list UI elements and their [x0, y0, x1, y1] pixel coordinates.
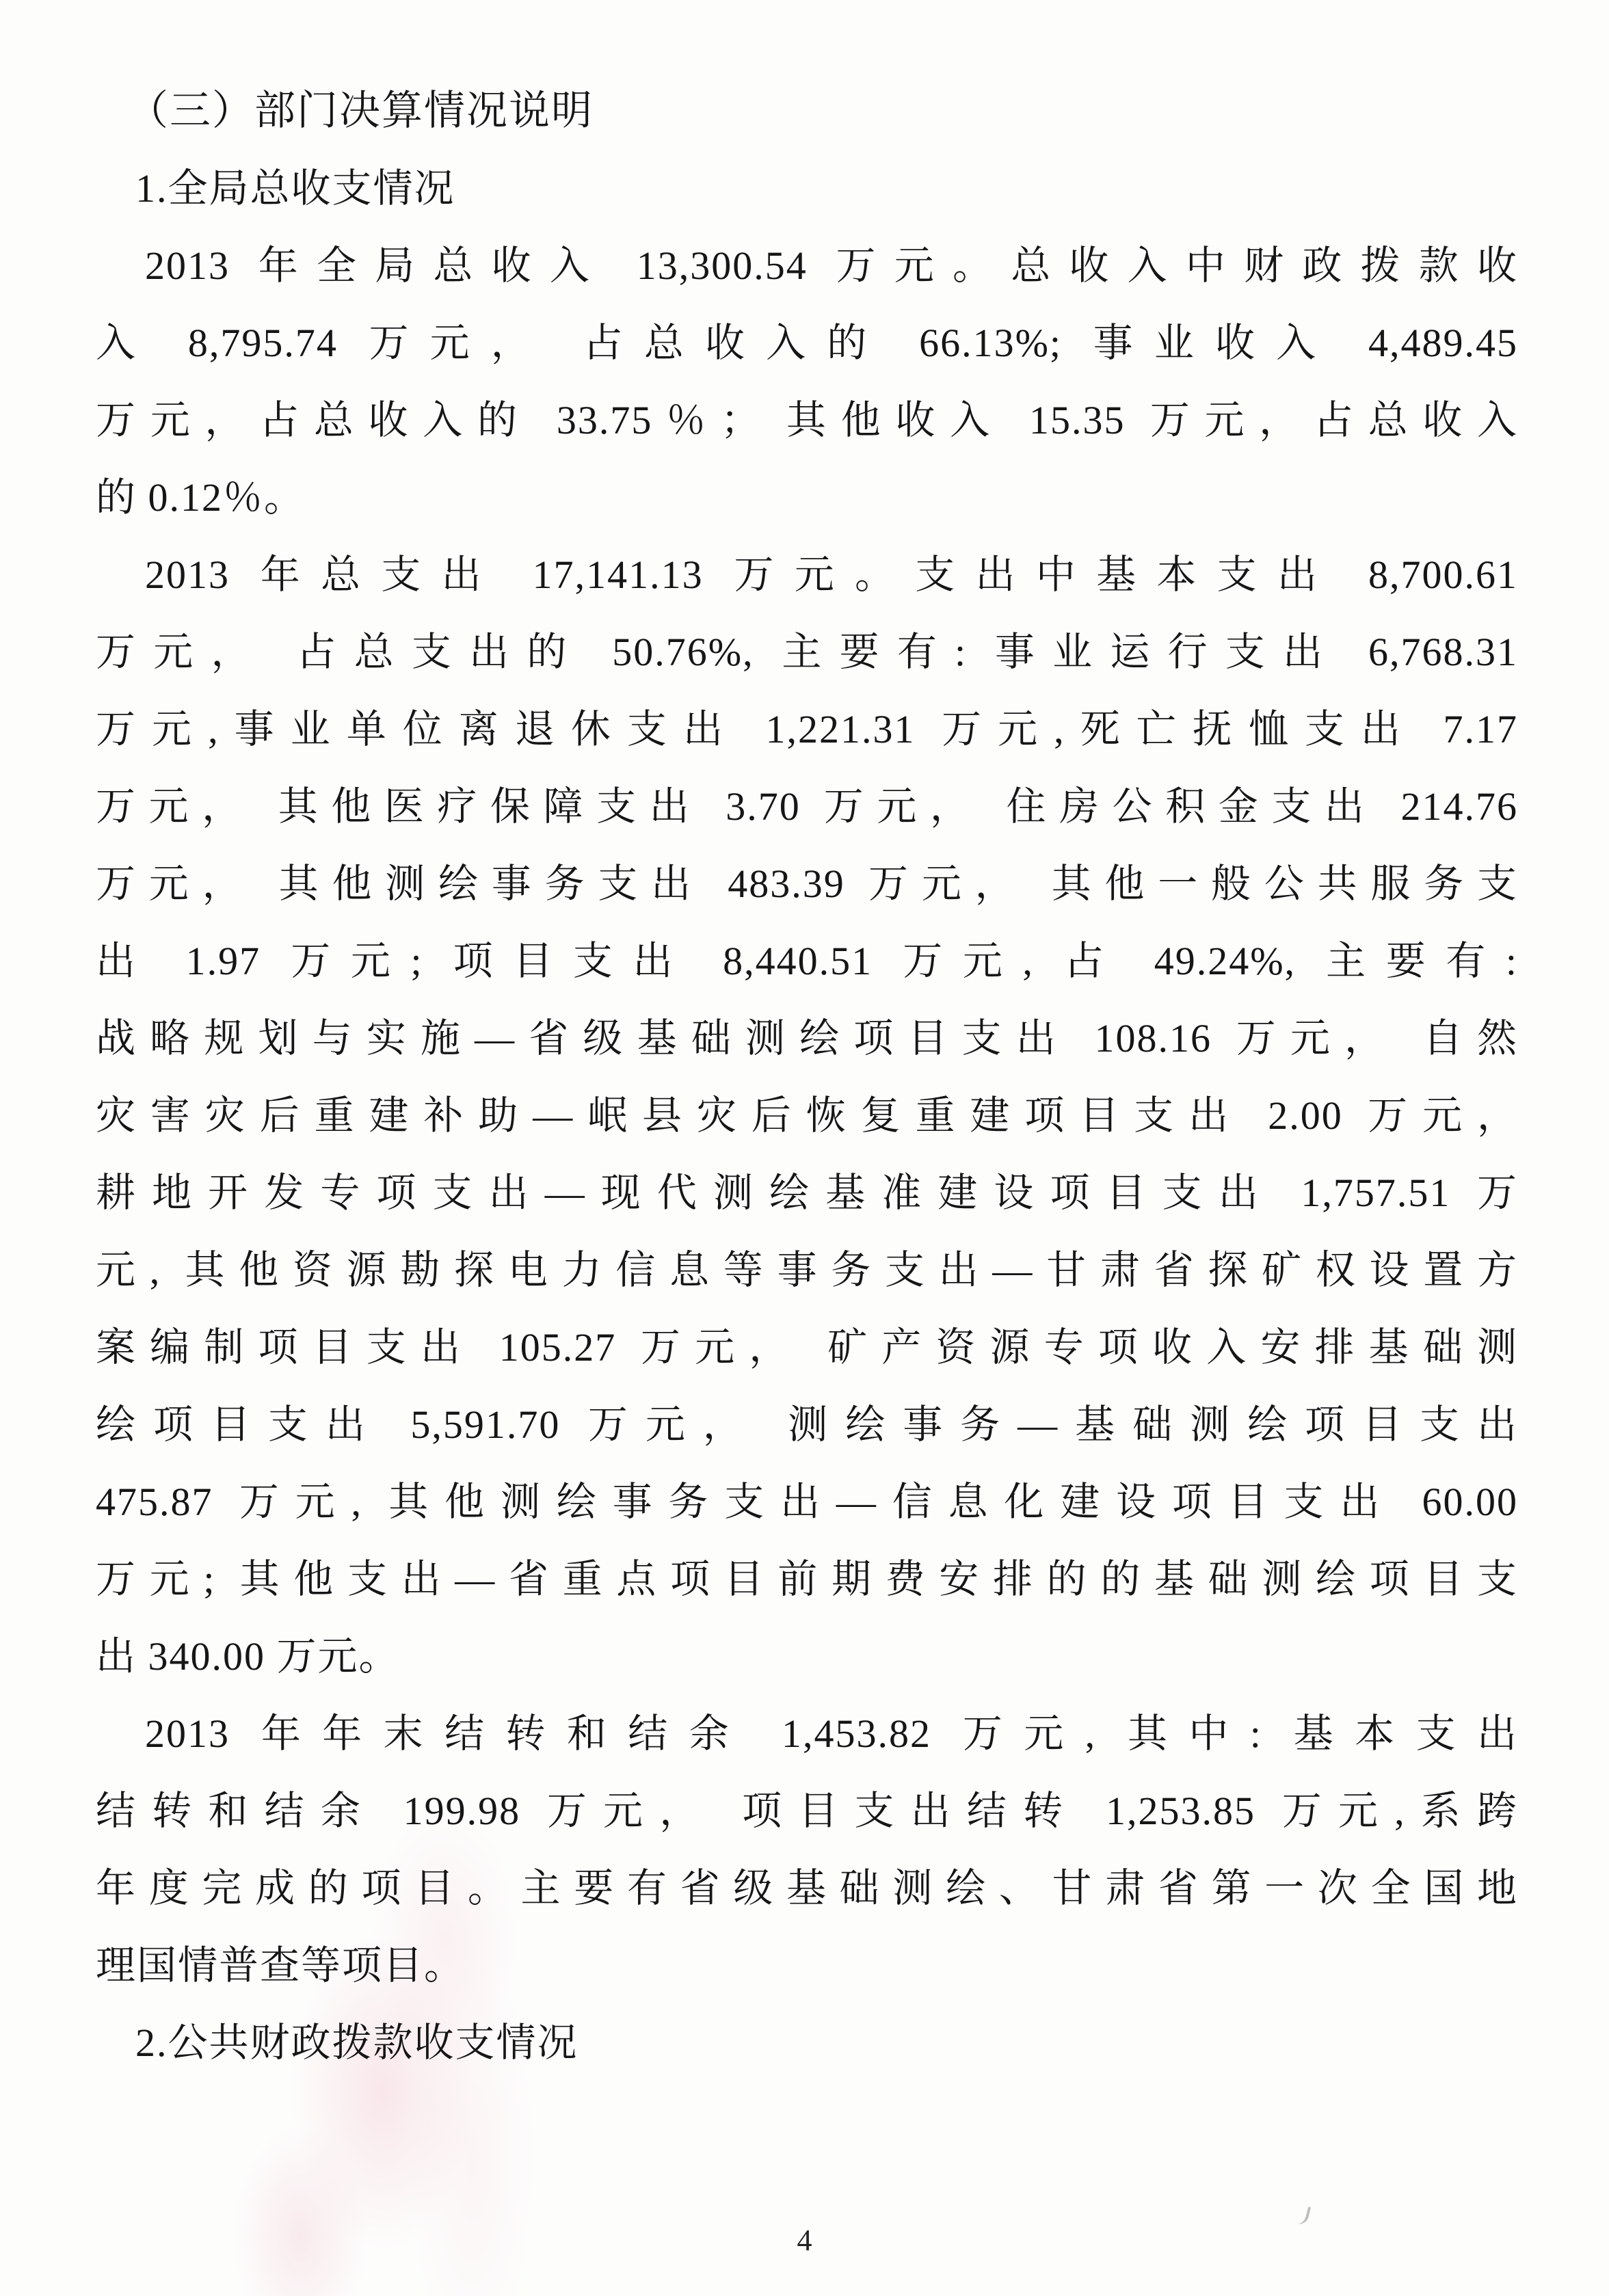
paragraph-line: 入 8,795.74 万元， 占总收入的 66.13%; 事业收入 4,489.…: [96, 304, 1518, 382]
sub-heading-total: 1.全局总收支情况: [96, 150, 1518, 227]
paragraph-line: 万元; 其他支出—省重点项目前期费安排的的基础测绘项目支: [96, 1540, 1518, 1618]
document-body: （三）部门决算情况说明 1.全局总收支情况 2013 年全局总收入 13,300…: [96, 72, 1518, 2081]
paragraph-line: 绘项目支出 5,591.70 万元， 测绘事务—基础测绘项目支出: [96, 1386, 1518, 1463]
paragraph-total-income: 2013 年全局总收入 13,300.54 万元。总收入中财政拨款收 入 8,7…: [96, 227, 1518, 536]
paragraph-line: 万元,事业单位离退休支出 1,221.31 万元,死亡抚恤支出 7.17: [96, 691, 1518, 768]
scanned-document-page: （三）部门决算情况说明 1.全局总收支情况 2013 年全局总收入 13,300…: [0, 0, 1609, 2296]
paragraph-line: 万元，占总收入的 33.75％； 其他收入 15.35 万元，占总收入: [96, 382, 1518, 459]
paragraph-line: 2013 年年末结转和结余 1,453.82 万元, 其中: 基本支出: [96, 1695, 1518, 1772]
paragraph-total-expense: 2013 年总支出 17,141.13 万元。支出中基本支出 8,700.61 …: [96, 536, 1518, 1695]
paragraph-line: 结转和结余 199.98 万元， 项目支出结转 1,253.85 万元,系跨: [96, 1772, 1518, 1850]
section-title: （三）部门决算情况说明: [96, 72, 1518, 150]
paragraph-line: 万元， 占总支出的 50.76%, 主要有: 事业运行支出 6,768.31: [96, 613, 1518, 691]
paragraph-year-end-balance: 2013 年年末结转和结余 1,453.82 万元, 其中: 基本支出 结转和结…: [96, 1695, 1518, 2004]
paragraph-line: 灾害灾后重建补助—岷县灾后恢复重建项目支出 2.00 万元，: [96, 1077, 1518, 1154]
paragraph-line: 出 340.00 万元。: [96, 1618, 1518, 1695]
paragraph-line: 案编制项目支出 105.27 万元， 矿产资源专项收入安排基础测: [96, 1309, 1518, 1386]
paragraph-line: 2013 年总支出 17,141.13 万元。支出中基本支出 8,700.61: [96, 536, 1518, 613]
paragraph-line: 理国情普查等项目。: [96, 1927, 1518, 2004]
paragraph-line: 万元， 其他医疗保障支出 3.70 万元， 住房公积金支出 214.76: [96, 768, 1518, 845]
paragraph-line: 元, 其他资源勘探电力信息等事务支出—甘肃省探矿权设置方: [96, 1231, 1518, 1309]
paragraph-line: 475.87 万元, 其他测绘事务支出—信息化建设项目支出 60.00: [96, 1463, 1518, 1540]
paragraph-line: 耕地开发专项支出—现代测绘基准建设项目支出 1,757.51 万: [96, 1154, 1518, 1231]
paragraph-line: 万元， 其他测绘事务支出 483.39 万元， 其他一般公共服务支: [96, 845, 1518, 922]
paragraph-line: 2013 年全局总收入 13,300.54 万元。总收入中财政拨款收: [96, 227, 1518, 304]
paragraph-line: 出 1.97 万元; 项目支出 8,440.51 万元, 占 49.24%, 主…: [96, 922, 1518, 1000]
paragraph-line: 战略规划与实施—省级基础测绘项目支出 108.16 万元， 自然: [96, 1000, 1518, 1077]
sub-heading-public-finance: 2.公共财政拨款收支情况: [96, 2004, 1518, 2081]
paragraph-line: 年度完成的项目。主要有省级基础测绘、甘肃省第一次全国地: [96, 1850, 1518, 1927]
page-number: 4: [0, 2223, 1609, 2258]
paragraph-line: 的 0.12％。: [96, 459, 1518, 536]
